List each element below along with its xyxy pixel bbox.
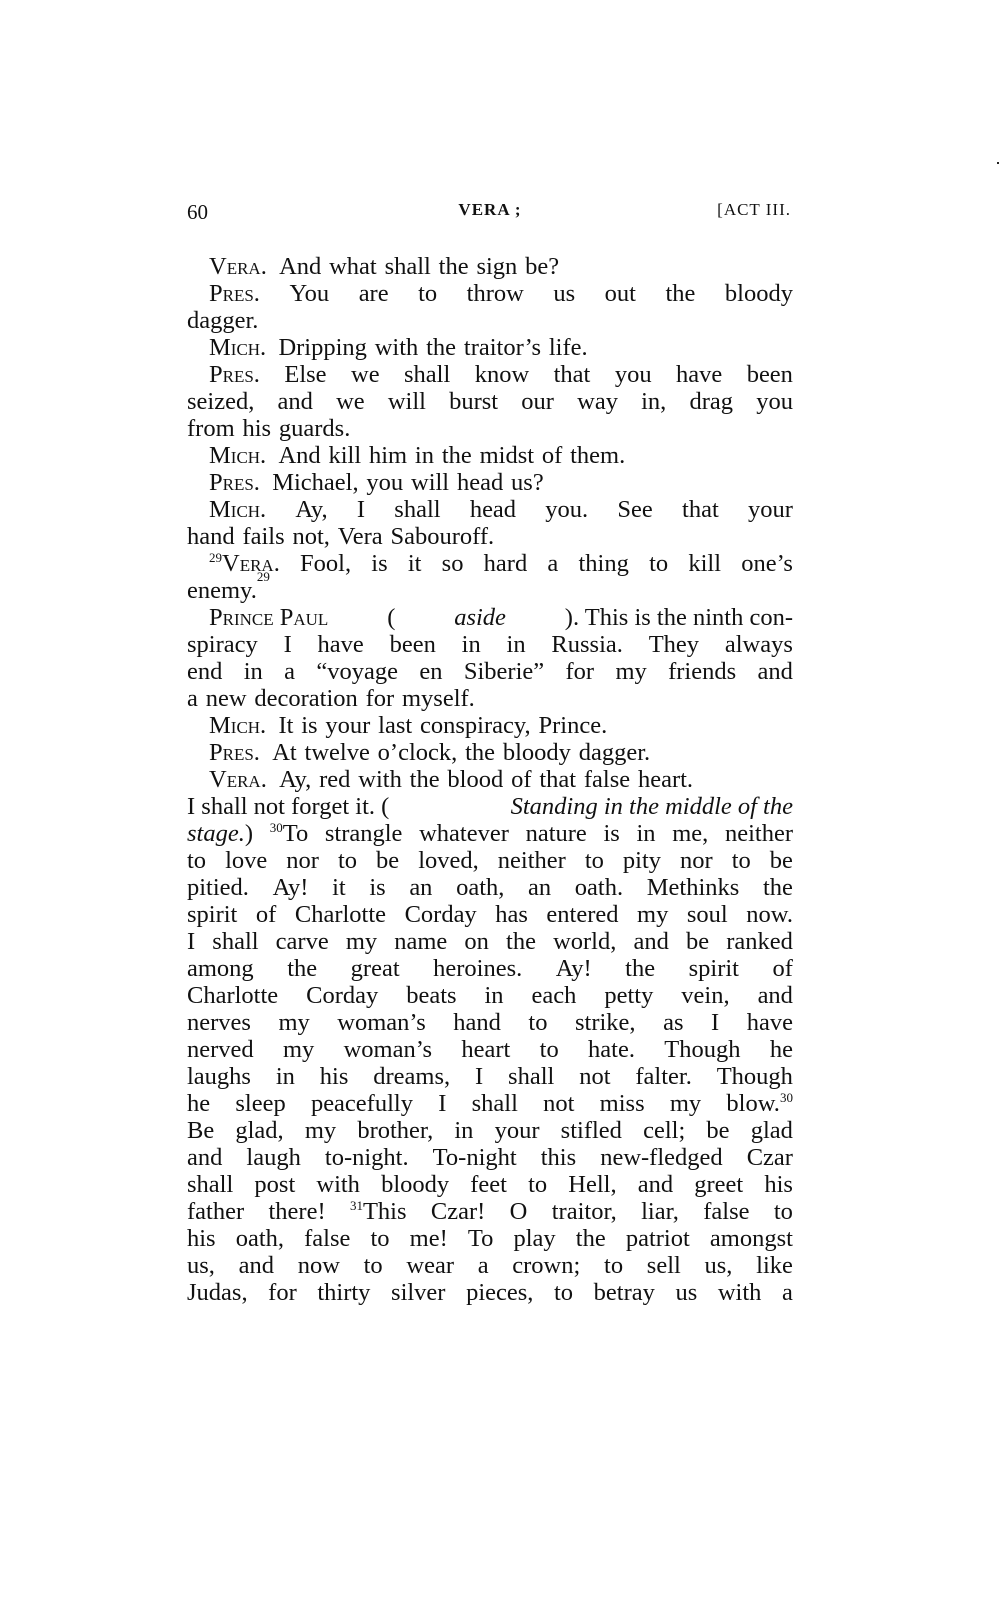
text-line: nervedmywoman’shearttohate.Thoughhe xyxy=(187,1036,793,1063)
scan-edge-mark xyxy=(997,162,999,164)
text-line: nervesmywoman’shandtostrike,asIhave xyxy=(187,1009,793,1036)
text-line: Pres. Attwelveo’clock,thebloodydagger. xyxy=(187,739,793,766)
text-line: fromhisguards. xyxy=(187,415,793,442)
text-line: spiracyIhavebeenininRussia.Theyalways xyxy=(187,631,793,658)
text-line: fatherthere!31ThisCzar!Otraitor,liar,fal… xyxy=(187,1198,793,1225)
running-head: 60 VERA ; [ACT III. xyxy=(187,200,793,230)
text-line: hesleeppeacefullyIshallnotmissmyblow.30 xyxy=(187,1090,793,1117)
text-line: endina“voyageenSiberie”formyfriendsand xyxy=(187,658,793,685)
text-line: amongthegreatheroines.Ay!thespiritof xyxy=(187,955,793,982)
text-line: Ishallcarvemynameontheworld,andberanked xyxy=(187,928,793,955)
text-line: tolovenortobeloved,neithertopitynortobe xyxy=(187,847,793,874)
text-line: CharlotteCordaybeatsineachpettyvein,and xyxy=(187,982,793,1009)
text-line: Mich. Andkillhiminthemidstofthem. xyxy=(187,442,793,469)
text-line: seized,andwewillburstourwayin,dragyou xyxy=(187,388,793,415)
text-line: Mich. Drippingwiththetraitor’slife. xyxy=(187,334,793,361)
text-line: 29Vera.Fool,isitsohardathingtokillone’s xyxy=(187,550,793,577)
page-body-text: Vera. Andwhatshallthesignbe?Pres.Youaret… xyxy=(187,253,793,1306)
text-line: anewdecorationformyself. xyxy=(187,685,793,712)
text-line: stage.)30Tostranglewhatevernatureisinme,… xyxy=(187,820,793,847)
text-line: hisoath,falsetome!Toplaythepatriotamongs… xyxy=(187,1225,793,1252)
text-line: shallpostwithbloodyfeettoHell,andgreethi… xyxy=(187,1171,793,1198)
text-line: handfailsnot,VeraSabouroff. xyxy=(187,523,793,550)
text-line: dagger. xyxy=(187,307,793,334)
text-line: pitied.Ay!itisanoath,anoath.Methinksthe xyxy=(187,874,793,901)
text-line: Mich.Ay,Ishallheadyou.Seethatyour xyxy=(187,496,793,523)
text-line: Vera. Andwhatshallthesignbe? xyxy=(187,253,793,280)
text-line: Judas,forthirtysilverpieces,tobetrayuswi… xyxy=(187,1279,793,1306)
act-label: [ACT III. xyxy=(717,200,791,220)
running-title: VERA ; xyxy=(187,200,793,220)
text-line: enemy.29 xyxy=(187,577,793,604)
text-line: us,andnowtowearacrown;tosellus,like xyxy=(187,1252,793,1279)
text-line: Vera. Ay,redwiththebloodofthatfalseheart… xyxy=(187,766,793,793)
text-line: Pres. Michael,youwillheadus? xyxy=(187,469,793,496)
text-line: I shall not forget it. (Standing in the … xyxy=(187,793,793,820)
text-line: Prince Paul (aside). This is the ninth c… xyxy=(187,604,793,631)
text-line: Pres.Elseweshallknowthatyouhavebeen xyxy=(187,361,793,388)
text-line: Beglad,mybrother,inyourstifledcell;begla… xyxy=(187,1117,793,1144)
text-line: spiritofCharlotteCordayhasenteredmysouln… xyxy=(187,901,793,928)
text-line: Mich. Itisyourlastconspiracy,Prince. xyxy=(187,712,793,739)
text-line: andlaughto-night.To-nightthisnew-fledged… xyxy=(187,1144,793,1171)
text-line: Pres.Youaretothrowusoutthebloody xyxy=(187,280,793,307)
text-line: laughsinhisdreams,Ishallnotfalter.Though xyxy=(187,1063,793,1090)
